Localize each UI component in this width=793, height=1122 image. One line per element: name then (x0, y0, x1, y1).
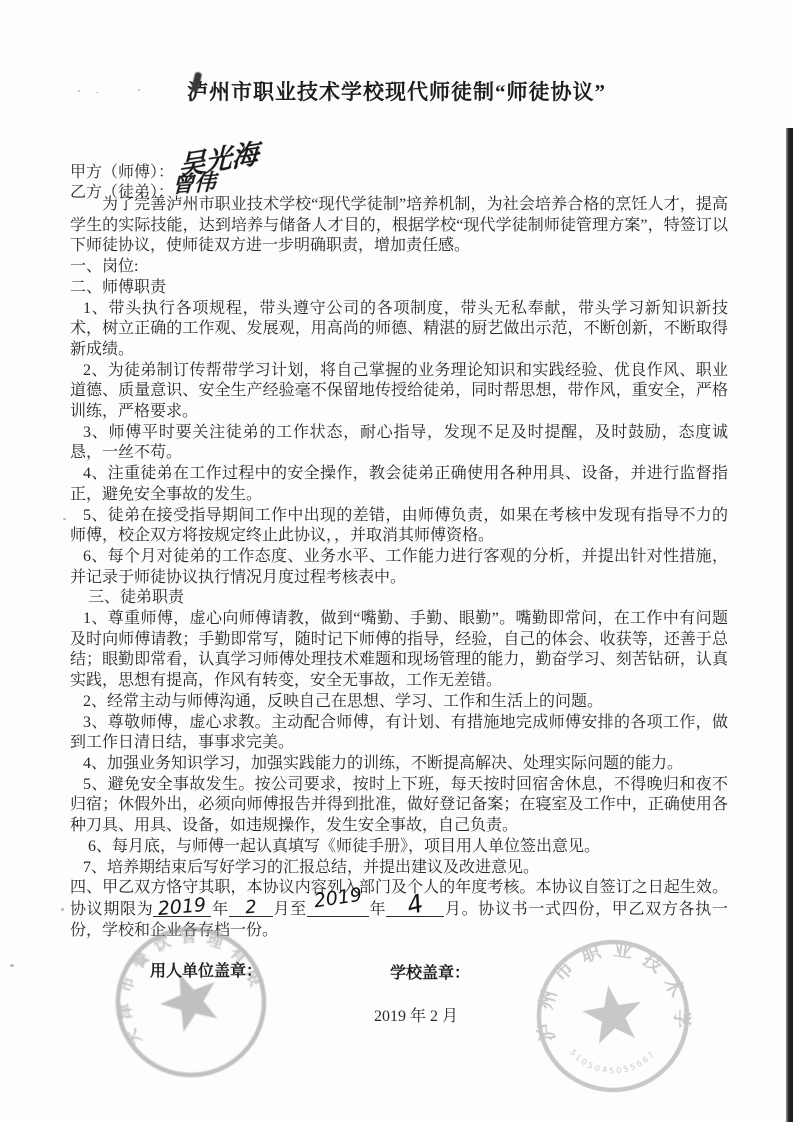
master-duty-item: 3、师傅平时要关注徒弟的工作状态，耐心指导，发现不足及时提醒，及时鼓励，态度诚恳… (70, 423, 728, 464)
master-duty-item: 5、徒弟在接受指导期间工作中出现的差错，由师傅负责，如果在考核中发现有指导不力的… (70, 506, 728, 547)
apprentice-duty-item: 3、尊敬师傅，虚心求教。主动配合师傅，有计划、有措施地完成师傅安排的各项工作，做… (70, 713, 728, 754)
month-to-label: 月至 (273, 901, 307, 918)
master-duty-item: 6、每个月对徒弟的工作态度、业务水平、工作能力进行客观的分析，并提出针对性措施，… (70, 547, 728, 588)
employer-seal-label: 用人单位盖章： (150, 958, 262, 981)
term-to-month-blank: 4 (386, 899, 444, 917)
master-duty-item: 2、为徒弟制订传帮带学习计划，将自己掌握的业务理论知识和实践经验、优良作风、职业… (70, 361, 728, 423)
school-seal-label: 学校盖章： (390, 960, 470, 983)
term-to-year-blank: 2019 (307, 899, 369, 917)
apprentice-duty-item: 6、每月底，与师傅一起认真填写《师徒手册》，项目用人单位签出意见。 (70, 837, 728, 858)
scan-speck (61, 908, 64, 911)
apprentice-duty-item: 1、尊重师傅，虚心向师傅请教，做到“嘴勤、手勤、眼勤”。嘴勤即常问，在工作中有问… (70, 609, 728, 692)
agreement-body: 为了完善泸州市职业技术学校“现代学徒制”培养机制，为社会培养合格的烹饪人才，提高… (70, 195, 728, 941)
section-2-heading: 二、师傅职责 (70, 278, 728, 299)
master-duty-item: 4、注重徒弟在工作过程中的安全操作，教会徒弟正确使用各种用具、设备，并进行监督指… (70, 464, 728, 505)
star-icon (579, 981, 646, 1046)
scan-speck (63, 518, 66, 520)
scan-speck (10, 964, 14, 967)
school-seal: 泸州市职业技术学校 5105045055667 (521, 924, 704, 1107)
footer-date: 2019 年 2 月 (374, 1003, 458, 1026)
section-1-heading: 一、岗位: (70, 257, 728, 278)
page-title: 泸州市职业技术学校现代师徒制“师徒协议” (0, 76, 793, 106)
scan-speck (448, 90, 450, 92)
apprentice-duty-item: 4、加强业务知识学习，加强实践能力的训练，不断提高解决、处理实际问题的能力。 (70, 754, 728, 775)
scanned-agreement-page: 泸州市职业技术学校现代师徒制“师徒协议” 甲方（师傅）：吴光海 乙方（徒弟）：曾… (0, 0, 793, 1122)
section-3-heading: 三、徒弟职责 (70, 588, 728, 609)
scan-speck (96, 92, 98, 93)
scan-edge-shadow (786, 128, 793, 1122)
apprentice-duty-item: 2、经常主动与师傅沟通，反映自己在思想、学习、工作和生活上的问题。 (70, 692, 728, 713)
scan-speck (331, 95, 333, 97)
intro-paragraph: 为了完善泸州市职业技术学校“现代学徒制”培养机制，为社会培养合格的烹饪人才，提高… (70, 195, 728, 257)
scan-speck (78, 90, 80, 92)
scan-speck (282, 88, 285, 90)
apprentice-duty-item: 7、培养期结束后写好学习的汇报总结，并提出建议及改进意见。 (70, 858, 728, 879)
apprentice-duty-item: 5、避免安全事故发生。按公司要求，按时上下班，每天按时回宿舍休息，不得晚归和夜不… (70, 775, 728, 837)
school-seal-code: 5105045055667 (567, 1035, 660, 1082)
master-duty-item: 1、带头执行各项规程，带头遵守公司的各项制度，带头无私奉献，带头学习新知识新技术… (70, 299, 728, 361)
scan-speck (138, 89, 140, 91)
svg-text:5105045055667: 5105045055667 (567, 1035, 660, 1082)
scan-speck (305, 93, 307, 95)
year-label: 年 (369, 901, 386, 918)
